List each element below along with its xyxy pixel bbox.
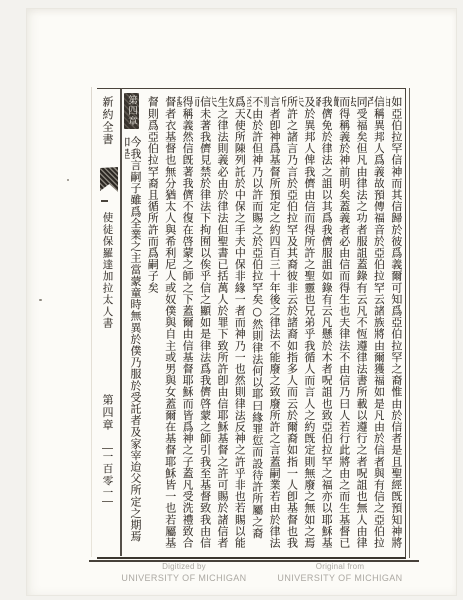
scan-speck (39, 299, 42, 301)
scanned-page: 新約全書 使徒保羅達加拉太人書 第四章 一百零一 第四章 如亞伯拉罕信神而其信歸… (26, 8, 457, 596)
text-column: 言者卽神爲基督所預定之約四百三十年後之律法不能廢之致廢所許之言蓋嗣業若由於律法則 (264, 96, 280, 550)
text-column: 及於異邦人俾我儕由信而得所許之聖靈也兄弟乎我循人而言人之約旣定則無廢之無如之焉夫 (299, 96, 315, 550)
text-column: 不由於許但神乃以許而賜之於亞伯拉罕矣○然則律法何以耶曰緣罪愆而設待許所屬之裔至又 (247, 96, 263, 550)
outer-border-right (409, 88, 410, 558)
digitized-by-org: UNIVERSITY OF MICHIGAN (99, 573, 269, 583)
text-column: 信稱異邦人爲義故預傳福音於亞伯拉罕云諸族將由爾獲福如是凡由於信者與有信之亞伯拉罕 (368, 96, 384, 550)
scripture-text-block: 如亞伯拉罕信神而其信歸於彼爲義爾可知爲亞伯拉罕之裔惟由於信者是且聖經旣預知神將由… (121, 88, 405, 556)
text-column: 如亞伯拉罕信神而其信歸於彼爲義爾可知爲亞伯拉罕之裔惟由於信者是且聖經旣預知神將由 (386, 96, 402, 550)
scan-speck (67, 179, 69, 181)
original-credit: Original from UNIVERSITY OF MICHIGAN (255, 562, 425, 583)
digitized-by-label: Digitized by (99, 562, 269, 571)
text-column: 生之律法則義必由於律法但聖書已括萬人於罪下致所許卽由信耶穌基督之許可賜於諸信者夫 (212, 96, 228, 550)
text-column: 信未著我儕見禁於律法下拘囿以俟乎信之顯如是律法爲我儕啓蒙之師引我至基督致我由信而 (195, 96, 211, 550)
text-column: 我儕免於律法之詛以其爲我儕服詛如錄有云凡懸於木者呪詛也致亞伯拉罕之福亦以耶穌基督 (316, 96, 332, 550)
text-column: 督者衣基督也無分猶太人與希利尼人或奴僕與自主或男與女蓋爾在基督耶穌皆一也若屬基 (160, 96, 176, 550)
text-column: 爲天使所陳列託於中保之手夫中保非緣一者而神乃一也然則律法反神之許乎非也若賜以能致 (229, 96, 245, 550)
text-column: 而得稱義於神前明矣蓋義者必由信而得生也夫律法不由信乃曰人若行此將由之而生基督已贖 (334, 96, 350, 550)
text-column: 所許之諸言乃言於亞伯拉罕及其裔彼非云於諸裔如指多人而云於爾裔如指一人卽基督也我所 (282, 96, 298, 550)
original-from-org: UNIVERSITY OF MICHIGAN (255, 573, 425, 583)
text-column: 得稱義然信旣著我儕不復在啓蒙之師之下蓋爾由信基督耶穌而皆爲神之子蓋凡受洗禮致合基 (177, 96, 193, 550)
digitized-credit: Digitized by UNIVERSITY OF MICHIGAN (99, 562, 269, 583)
text-column: 督則爲亞伯拉罕裔且循所許而爲嗣子矣 (142, 96, 158, 550)
page-fold-line (91, 87, 92, 557)
text-column-chapter4: 今我言嗣子雖爲全業之主當蒙童時無異於僕乃服於受託者及家宰迨父所定之期焉如是 (125, 96, 141, 550)
original-from-label: Original from (255, 562, 425, 571)
text-column: 同受福矣但凡由律法之功者服詛蓋錄有云凡不恆遵律法書所載以遵行之者呪詛也無人由律法 (351, 96, 367, 550)
